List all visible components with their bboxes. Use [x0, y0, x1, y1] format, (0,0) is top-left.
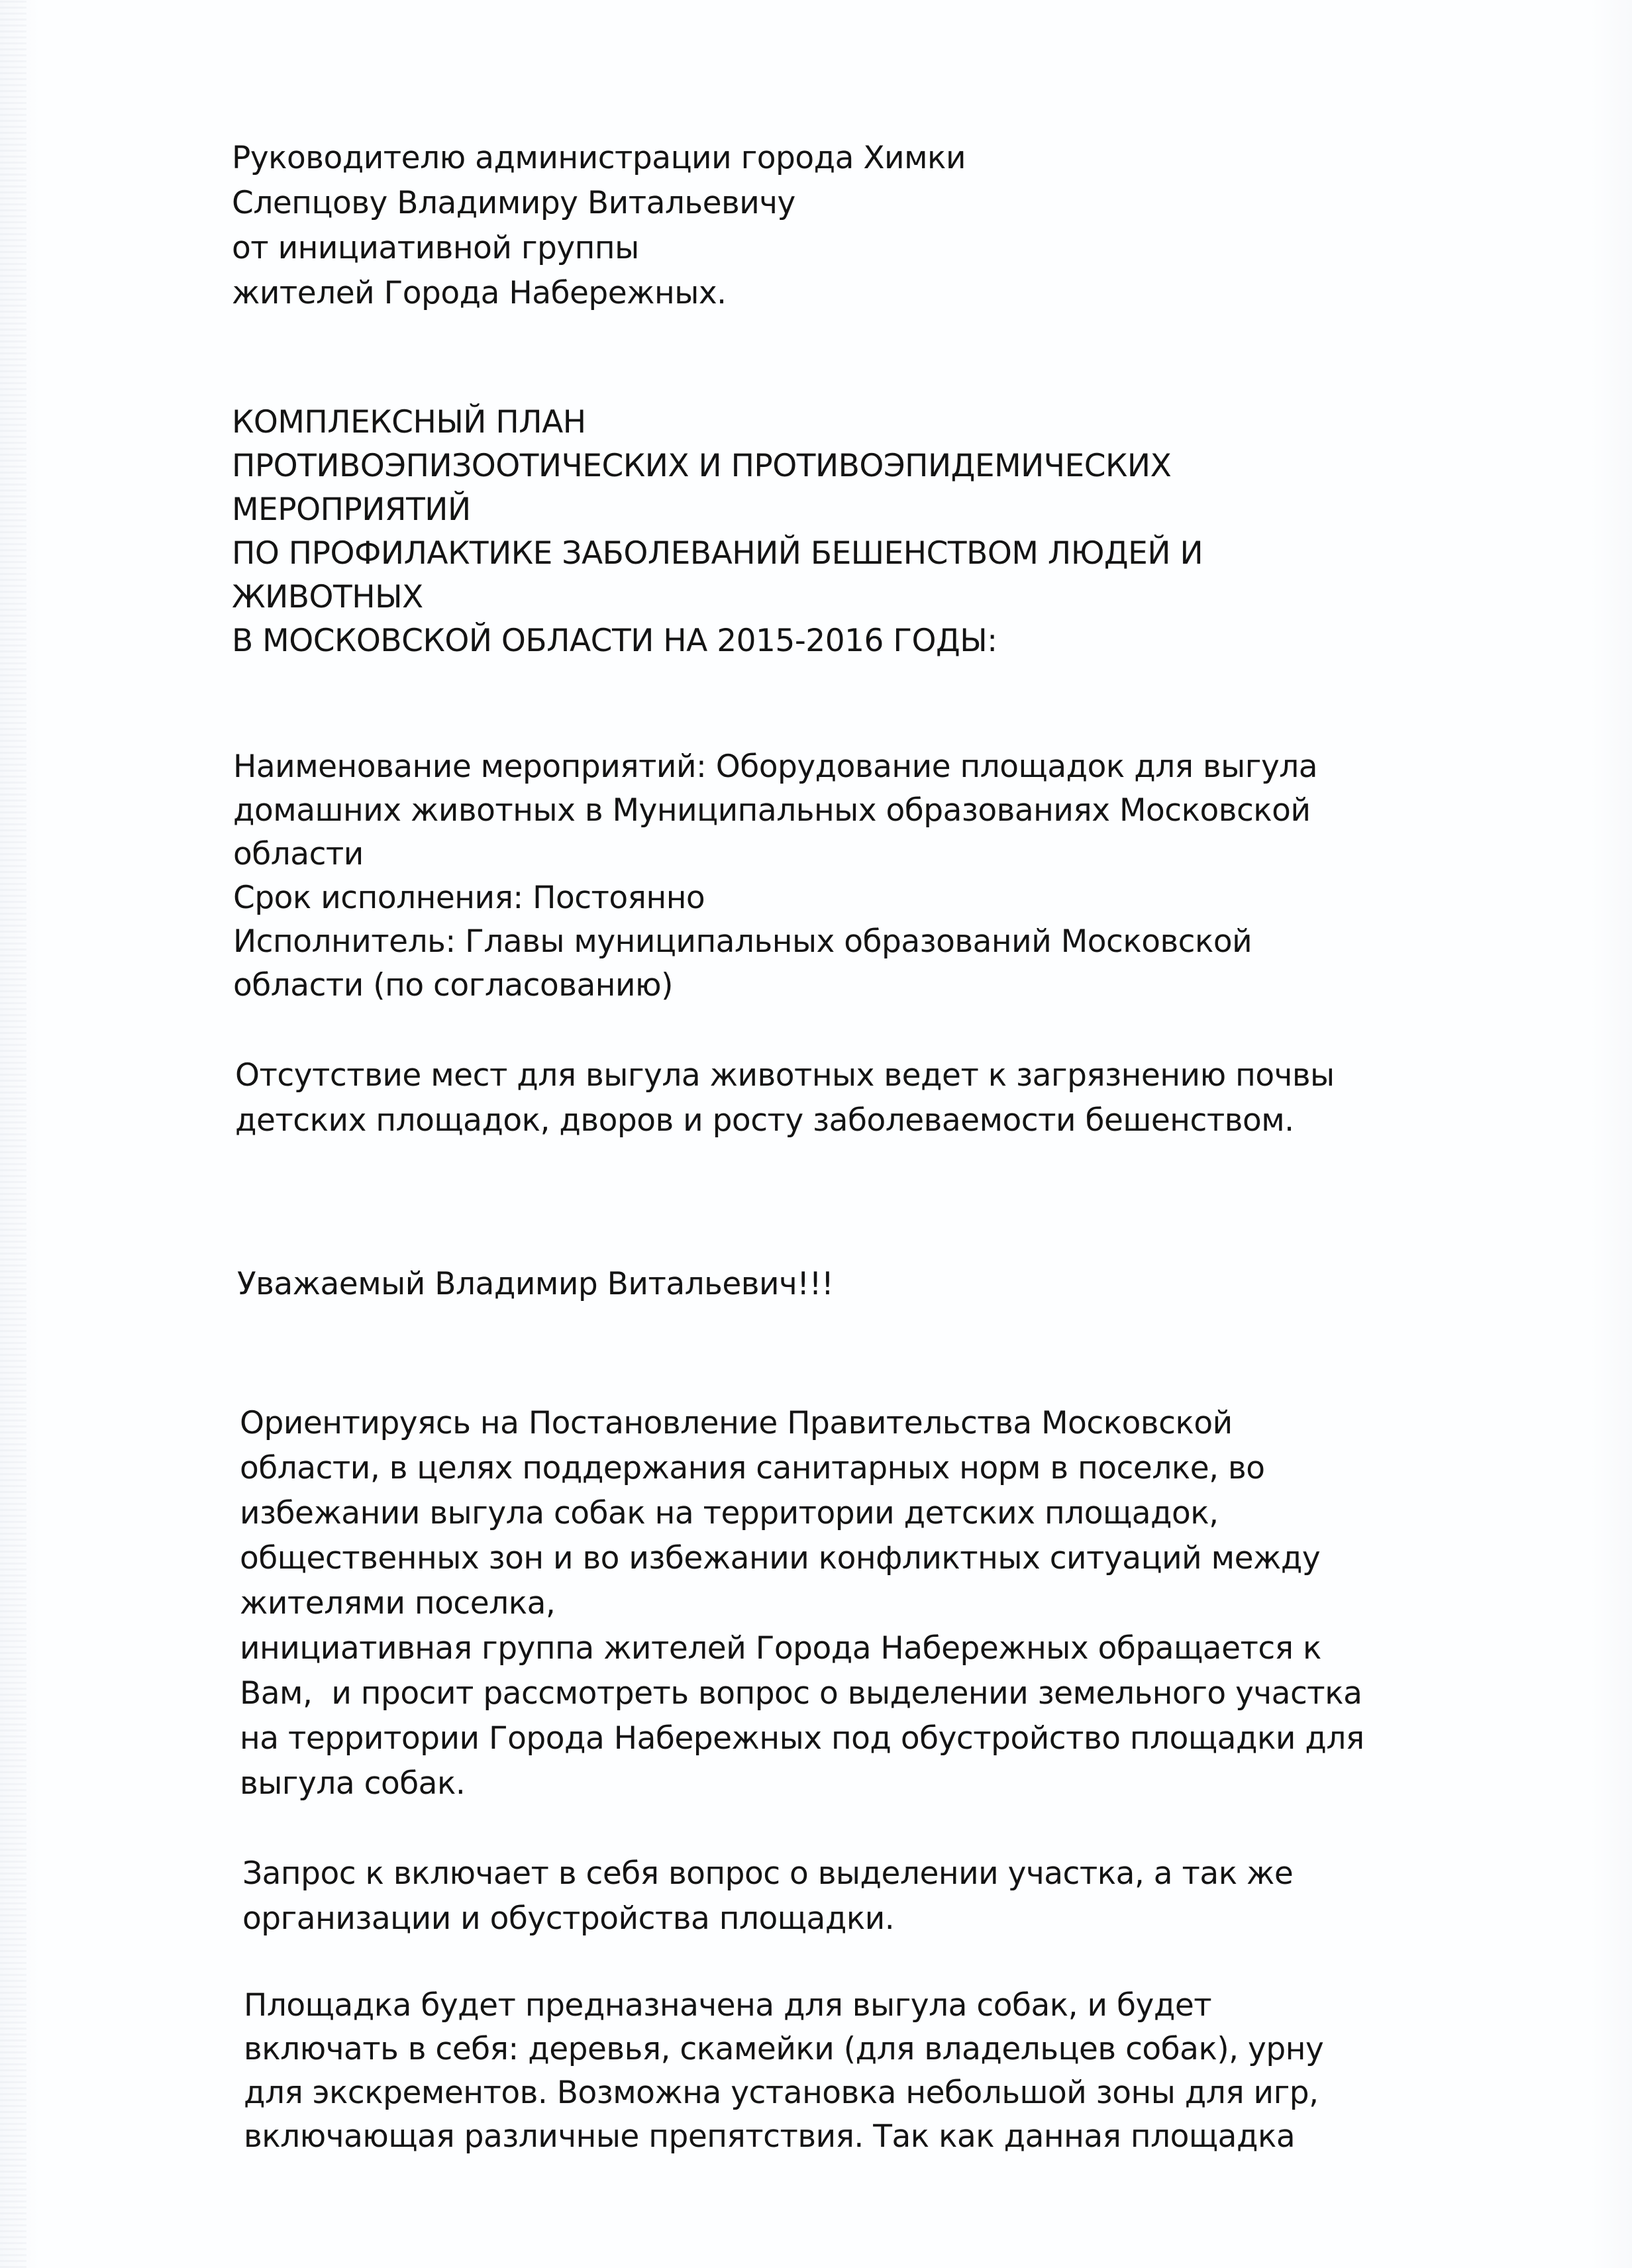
paragraph-line: выгула собак. [240, 1761, 1364, 1806]
addressee-line: Слепцову Владимиру Витальевичу [232, 181, 966, 226]
plan-title-line: ПО ПРОФИЛАКТИКЕ ЗАБОЛЕВАНИЙ БЕШЕНСТВОМ Л… [232, 532, 1203, 576]
plan-title-line: В МОСКОВСКОЙ ОБЛАСТИ НА 2015-2016 ГОДЫ: [232, 619, 1203, 663]
paragraph-line: Вам, и просит рассмотреть вопрос о выдел… [240, 1671, 1364, 1716]
paragraph-line: жителями поселка, [240, 1581, 1364, 1626]
plan-title-line: МЕРОПРИЯТИЙ [232, 488, 1203, 532]
description-paragraph: Площадка будет предназначена для выгула … [244, 1984, 1323, 2159]
measure-block: Наименование мероприятий: Оборудование п… [233, 745, 1317, 1007]
plan-title-line: ПРОТИВОЭПИЗООТИЧЕСКИХ И ПРОТИВОЭПИДЕМИЧЕ… [232, 444, 1203, 488]
paragraph-line: включать в себя: деревья, скамейки (для … [244, 2028, 1323, 2071]
request-paragraph: Ориентируясь на Постановление Правительс… [240, 1401, 1364, 1806]
paragraph-line: Площадка будет предназначена для выгула … [244, 1984, 1323, 2028]
greeting-line: Уважаемый Владимир Витальевич!!! [237, 1262, 833, 1307]
deadline-line: Срок исполнения: Постоянно [233, 876, 1317, 920]
plan-title: КОМПЛЕКСНЫЙ ПЛАН ПРОТИВОЭПИЗООТИЧЕСКИХ И… [232, 401, 1203, 663]
executor-line: области (по согласованию) [233, 964, 1317, 1007]
paragraph-line: инициативная группа жителей Города Набер… [240, 1626, 1364, 1671]
addressee-line: жителей Города Набережных. [232, 271, 966, 316]
greeting: Уважаемый Владимир Витальевич!!! [237, 1262, 833, 1307]
addressee-block: Руководителю администрации города Химки … [232, 136, 966, 316]
measure-line: области [233, 833, 1317, 876]
scan-edge-noise [0, 0, 26, 2268]
reason-line: детских площадок, дворов и росту заболев… [235, 1098, 1335, 1143]
paragraph-line: избежании выгула собак на территории дет… [240, 1491, 1364, 1536]
scanned-letter-page: Руководителю администрации города Химки … [0, 0, 1632, 2268]
addressee-line: Руководителю администрации города Химки [232, 136, 966, 181]
paragraph-line: Ориентируясь на Постановление Правительс… [240, 1401, 1364, 1446]
paragraph-line: Запрос к включает в себя вопрос о выделе… [242, 1851, 1293, 1896]
scope-paragraph: Запрос к включает в себя вопрос о выделе… [242, 1851, 1293, 1941]
paragraph-line: области, в целях поддержания санитарных … [240, 1446, 1364, 1491]
paragraph-line: включающая различные препятствия. Так ка… [244, 2115, 1323, 2159]
reason-paragraph: Отсутствие мест для выгула животных веде… [235, 1053, 1335, 1143]
reason-line: Отсутствие мест для выгула животных веде… [235, 1053, 1335, 1098]
executor-line: Исполнитель: Главы муниципальных образов… [233, 920, 1317, 964]
plan-title-line: КОМПЛЕКСНЫЙ ПЛАН [232, 401, 1203, 444]
paragraph-line: общественных зон и во избежании конфликт… [240, 1536, 1364, 1581]
paragraph-line: организации и обустройства площадки. [242, 1896, 1293, 1941]
measure-line: Наименование мероприятий: Оборудование п… [233, 745, 1317, 789]
paragraph-line: для экскрементов. Возможна установка неб… [244, 2071, 1323, 2115]
measure-line: домашних животных в Муниципальных образо… [233, 789, 1317, 833]
paragraph-line: на территории Города Набережных под обус… [240, 1716, 1364, 1761]
plan-title-line: ЖИВОТНЫХ [232, 576, 1203, 619]
addressee-line: от инициативной группы [232, 226, 966, 271]
